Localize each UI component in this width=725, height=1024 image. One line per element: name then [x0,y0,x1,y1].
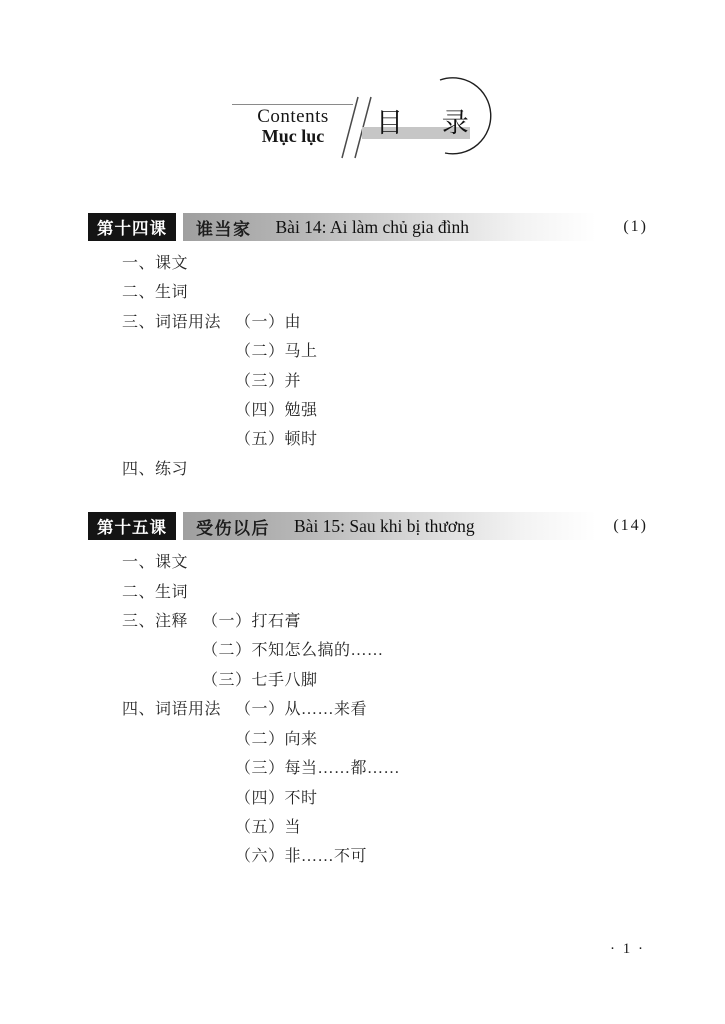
toc-item-subentry: （二）马上 [235,337,648,366]
toc-item-subentry: （四）勉强 [235,396,648,425]
lesson-page-ref: (1) [596,213,648,241]
lesson-title-chinese: 谁当家 [196,215,252,240]
lesson-title-chinese: 受伤以后 [196,514,270,539]
lesson-title-bar: 受伤以后Bài 15: Sau khi bị thương [183,512,596,540]
lesson-section: 第十四课谁当家Bài 14: Ai làm chủ gia đình(1)一、课… [88,213,648,484]
lesson-title-bar: 谁当家Bài 14: Ai làm chủ gia đình [183,213,596,241]
lesson-section: 第十五课受伤以后Bài 15: Sau khi bị thương(14)一、课… [88,512,648,871]
toc-item: 一、课文 [122,548,648,577]
page-number: · 1 · [610,941,645,958]
toc-item: 二、生词 [122,278,648,307]
toc-item-subentry: （五）顿时 [235,425,648,454]
toc-item-subentry: （一）打石膏 [202,607,648,636]
toc-item-subentry: （二）不知怎么搞的…… [202,636,648,665]
toc-item-subentry: （四）不时 [235,784,648,813]
toc-item: 二、生词 [122,578,648,607]
lesson-title-vietnamese: Bài 15: Sau khi bị thương [294,516,475,537]
toc-page: Contents Mục lục 目 录 第十四课谁当家Bài 14: Ai l… [0,0,725,1024]
lesson-header-bar: 第十五课受伤以后Bài 15: Sau khi bị thương(14) [88,512,648,540]
lesson-item-list: 一、课文二、生词三、词语用法（一）由（二）马上（三）并（四）勉强（五）顿时四、练… [122,249,648,484]
slash-mark-icon [342,97,358,158]
toc-item-label: 三、注释 [122,607,188,636]
lesson-item-list: 一、课文二、生词三、注释（一）打石膏（二）不知怎么搞的……（三）七手八脚四、词语… [122,548,648,871]
toc-item-label: 四、练习 [122,455,188,484]
toc-item-label: 一、课文 [122,249,188,278]
lesson-header-bar: 第十四课谁当家Bài 14: Ai làm chủ gia đình(1) [88,213,648,241]
toc-item-subentry: （五）当 [235,813,648,842]
toc-item-subentry: （二）向来 [235,725,648,754]
toc-item-subentry: （三）七手八脚 [202,666,648,695]
lesson-number-label: 第十四课 [88,213,176,241]
toc-item-label: 二、生词 [122,578,188,607]
toc-item: 一、课文 [122,249,648,278]
lesson-number-label: 第十五课 [88,512,176,540]
toc-item: 三、词语用法（一）由（二）马上（三）并（四）勉强（五）顿时 [122,308,648,455]
lesson-title-vietnamese: Bài 14: Ai làm chủ gia đình [276,217,469,238]
toc-item: 四、练习 [122,455,648,484]
toc-item-label: 一、课文 [122,548,188,577]
toc-item: 四、词语用法（一）从……来看（二）向来（三）每当……都……（四）不时（五）当（六… [122,695,648,871]
toc-item-label: 三、词语用法 [122,308,221,337]
contents-title-chinese: 目 录 [376,101,485,140]
toc-item-subentry: （六）非……不可 [235,842,648,871]
toc-item: 三、注释（一）打石膏（二）不知怎么搞的……（三）七手八脚 [122,607,648,695]
lesson-page-ref: (14) [596,512,648,540]
lessons-toc: 第十四课谁当家Bài 14: Ai làm chủ gia đình(1)一、课… [88,213,648,872]
toc-item-subentry: （三）每当……都…… [235,754,648,783]
toc-item-subentry: （三）并 [235,367,648,396]
toc-item-label: 四、词语用法 [122,695,221,724]
toc-item-label: 二、生词 [122,278,188,307]
toc-item-subentry: （一）从……来看 [235,695,648,724]
toc-item-subentry: （一）由 [235,308,648,337]
